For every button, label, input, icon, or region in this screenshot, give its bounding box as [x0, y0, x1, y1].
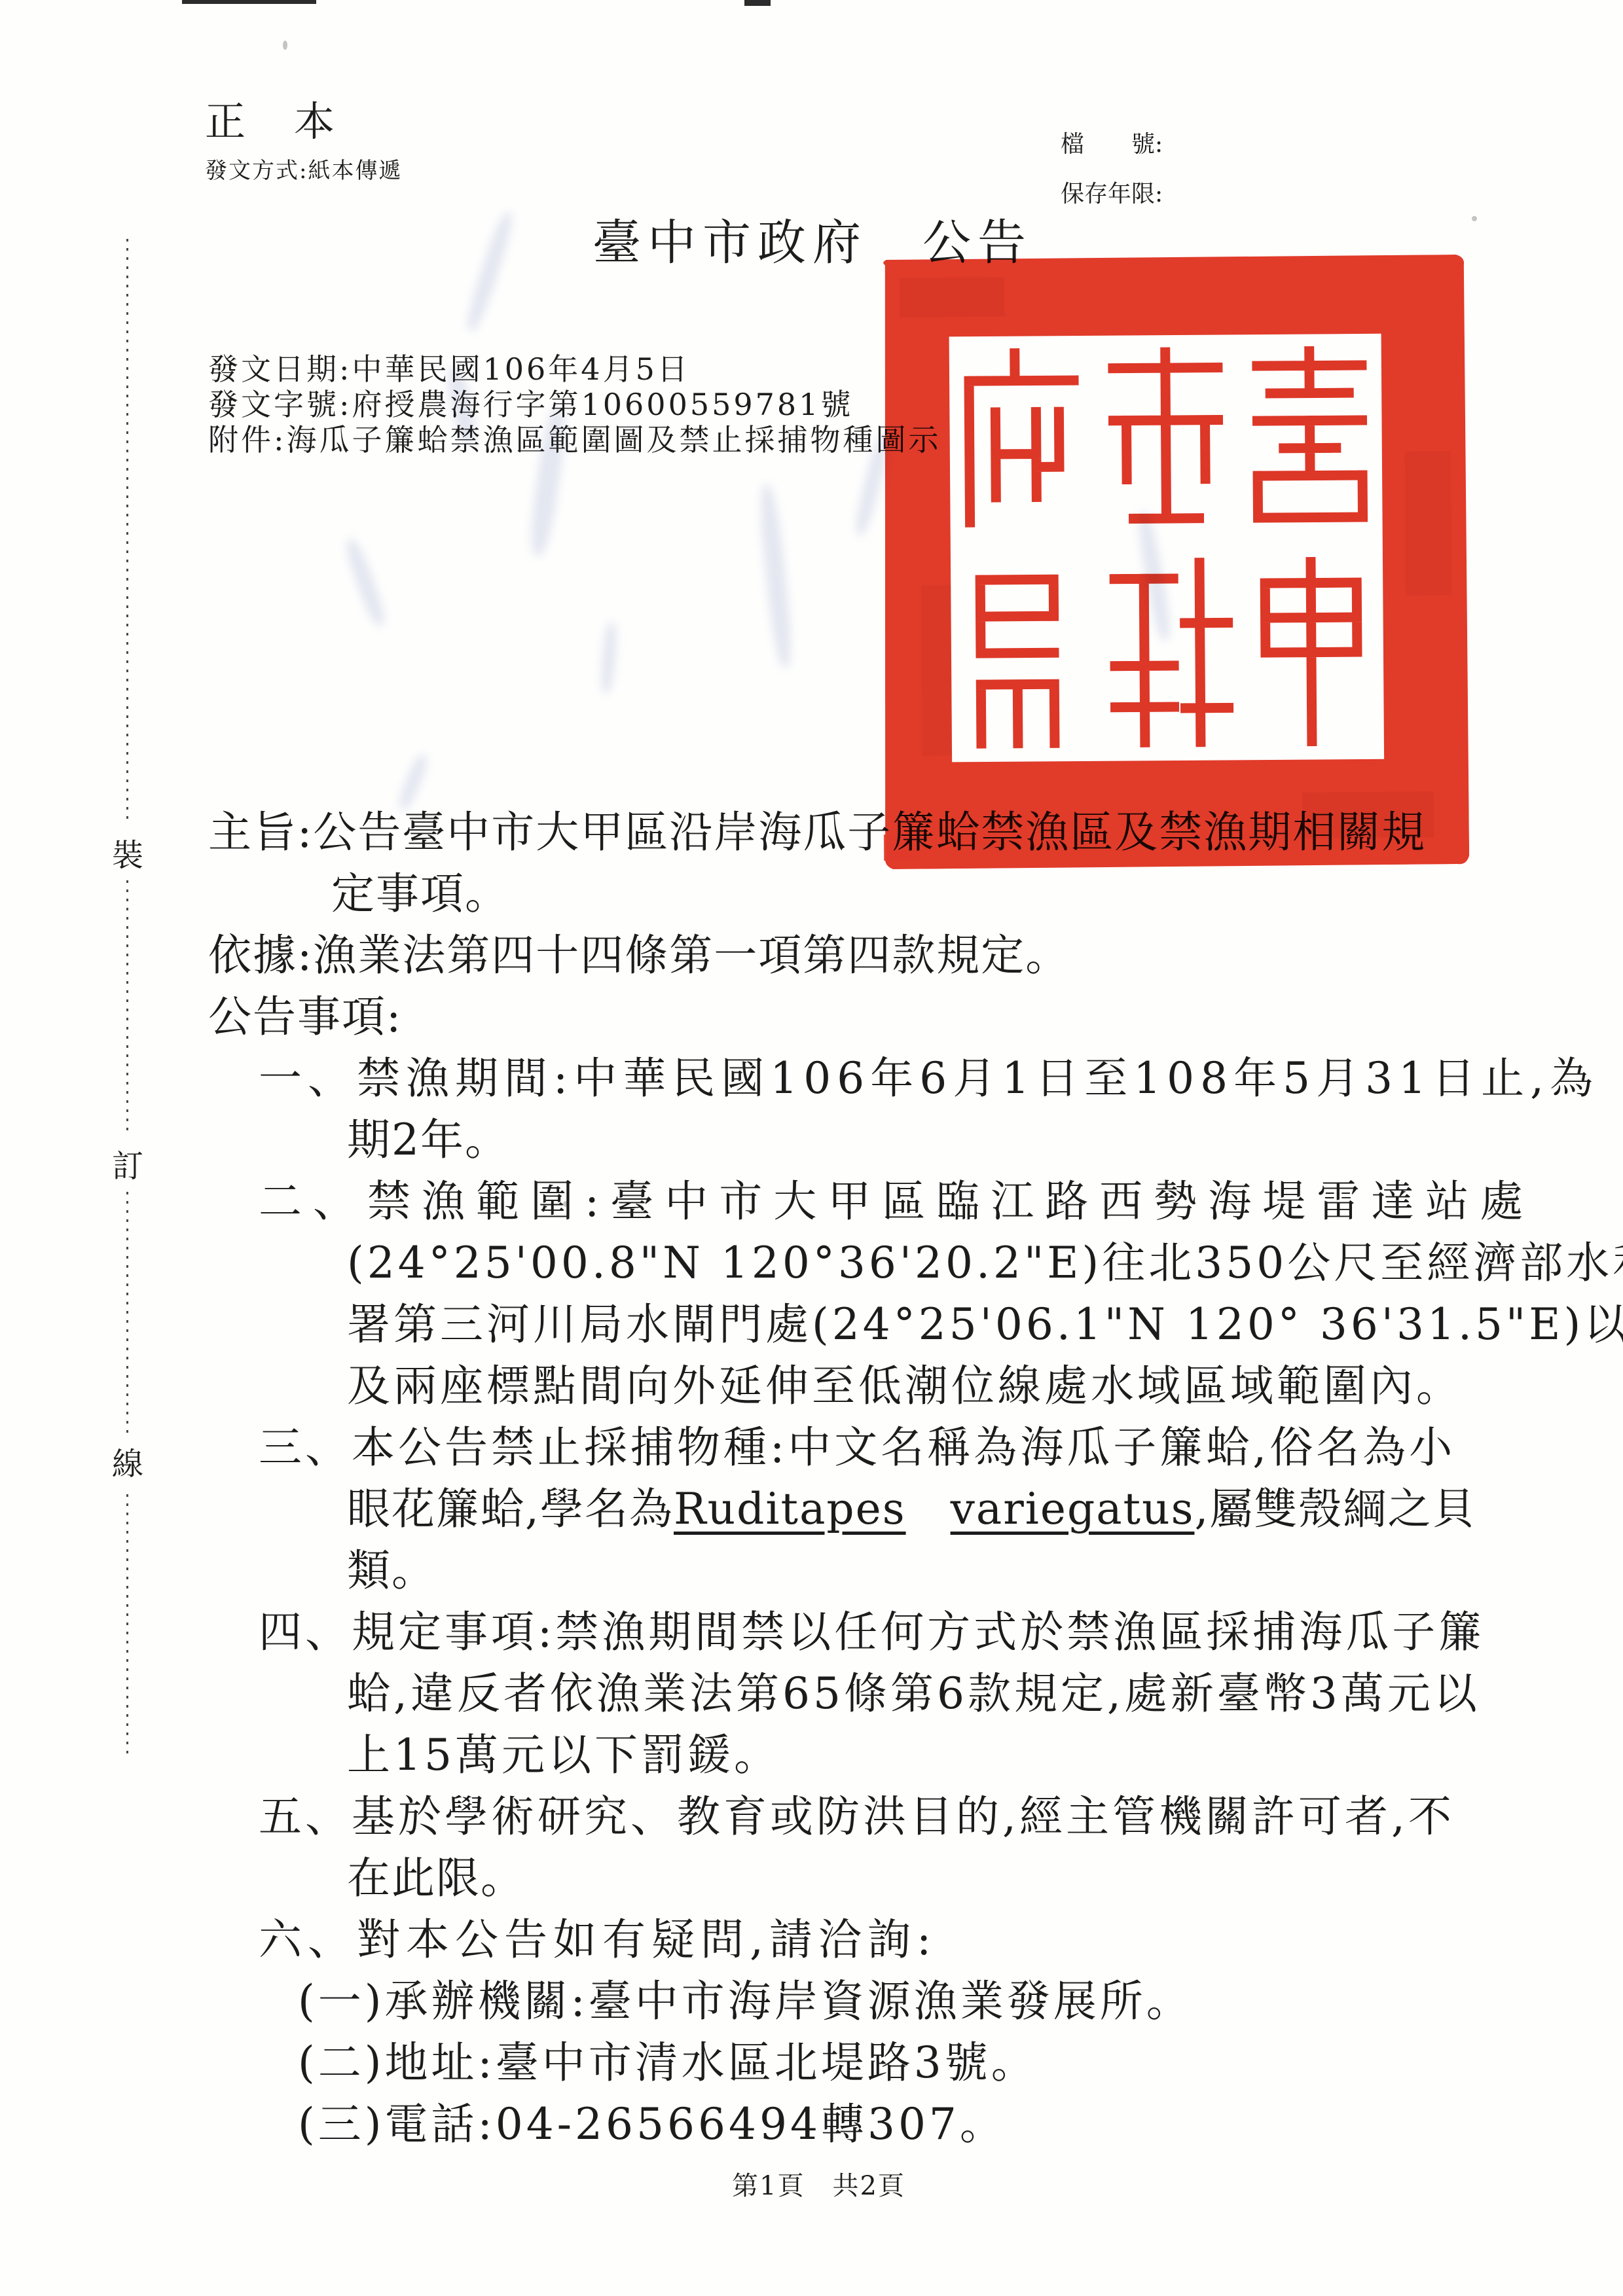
- document-page: 正 本 發文方式:紙本傳遞 檔 號: 保存年限: 臺中市政府 公告 發文日期:中…: [0, 0, 1623, 2296]
- binding-mark: 線: [110, 1433, 145, 1489]
- scan-speck: [1472, 216, 1477, 221]
- binding-rail: 裝訂線: [126, 239, 128, 1757]
- body-line: (一)承辦機關:臺中市海岸資源漁業發展所。: [298, 1966, 1193, 2028]
- official-seal-stamp: 臺中市政府印: [880, 255, 1469, 869]
- body-line: (二)地址:臺中市清水區北堤路3號。: [298, 2028, 1038, 2090]
- binding-mark: 裝: [110, 825, 145, 880]
- body-line: (24°25'00.8"N 120°36'20.2"E)往北350公尺至經濟部水…: [347, 1228, 1623, 1290]
- body-line: 上15萬元以下罰鍰。: [347, 1720, 780, 1782]
- scientific-name: variegatus: [951, 1484, 1195, 1534]
- body-line: 一、禁漁期間:中華民國106年6月1日至108年5月31日止,為: [259, 1043, 1599, 1105]
- ink-bleed-mark: [599, 621, 619, 694]
- file-number-label: 檔 號:: [1061, 126, 1163, 159]
- body-line: 五、基於學術研究、教育或防洪目的,經主管機關許可者,不: [259, 1782, 1455, 1844]
- binding-dotted-line: [126, 239, 128, 1757]
- retention-period-label: 保存年限:: [1061, 175, 1163, 209]
- body-line: 二、禁漁範圍:臺中市大甲區臨江路西勢海堤雷達站處: [259, 1166, 1534, 1229]
- page-number: 第1頁 共2頁: [732, 2165, 905, 2202]
- body-line: 定事項。: [331, 859, 509, 921]
- ink-bleed-mark: [342, 537, 389, 628]
- binding-mark: 訂: [110, 1136, 145, 1191]
- body-line: 依據:漁業法第四十四條第一項第四款規定。: [208, 920, 1070, 982]
- delivery-method-label: 發文方式:紙本傳遞: [205, 152, 402, 185]
- seal-script-glyphs: [969, 351, 1364, 744]
- body-line: 類。: [347, 1535, 436, 1598]
- attachment-line: 附件:海瓜子簾蛤禁漁區範圍圖及禁止採捕物種圖示: [208, 416, 941, 459]
- body-line: 及兩座標點間向外延伸至低潮位線處水域區域範圍內。: [347, 1351, 1463, 1413]
- body-line: 六、對本公告如有疑問,請洽詢:: [259, 1905, 937, 1967]
- scientific-name: Ruditapes: [674, 1484, 906, 1534]
- copy-type-label: 正 本: [205, 89, 338, 147]
- body-line: 在此限。: [347, 1843, 525, 1905]
- scan-edge-mark: [182, 0, 316, 4]
- scan-edge-mark: [744, 0, 771, 6]
- body-line: (三)電話:04-26566494轉307。: [298, 2089, 1006, 2151]
- body-line: 三、本公告禁止採捕物種:中文名稱為海瓜子簾蛤,俗名為小: [259, 1412, 1455, 1475]
- body-line: 蛤,違反者依漁業法第65條第6款規定,處新臺幣3萬元以: [347, 1659, 1480, 1721]
- ink-bleed-mark: [756, 484, 795, 668]
- body-line: 眼花簾蛤,學名為Ruditapes variegatus,屬雙殼綱之貝: [347, 1474, 1476, 1536]
- body-line: 署第三河川局水閘門處(24°25'06.1"N 120° 36'31.5"E)以: [347, 1289, 1623, 1352]
- scan-speck: [283, 41, 287, 50]
- body-line: 公告事項:: [208, 982, 402, 1044]
- seal-graphic: [880, 255, 1469, 869]
- body-line: 四、規定事項:禁漁期間禁以任何方式於禁漁區採捕海瓜子簾: [259, 1597, 1485, 1659]
- body-line: 期2年。: [347, 1105, 509, 1167]
- ink-bleed-mark: [462, 210, 517, 334]
